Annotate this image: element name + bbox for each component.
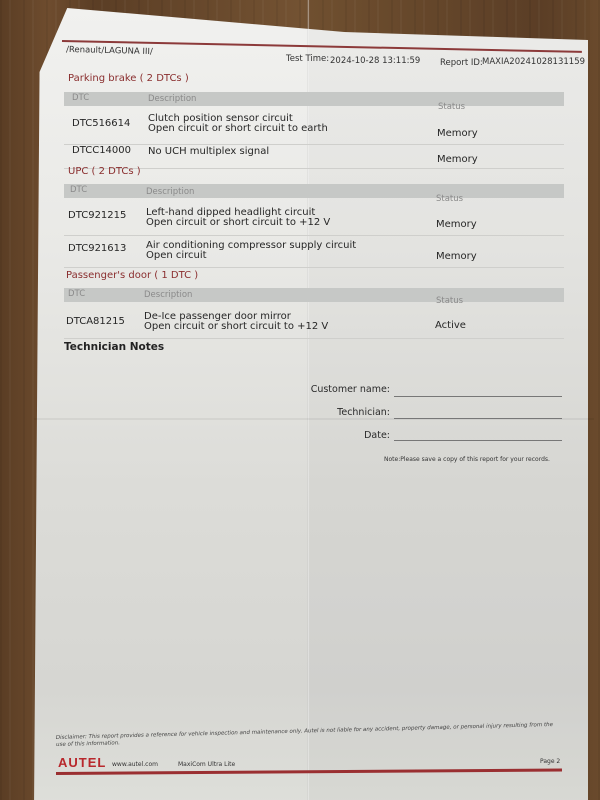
- dtc-code: DTC921215: [68, 210, 126, 221]
- report-id-label: Report ID:: [440, 58, 483, 68]
- section-title-parking-brake: Parking brake ( 2 DTCs ): [68, 73, 189, 84]
- section-title-passengers-door: Passenger's door ( 1 DTC ): [66, 270, 198, 281]
- dtc-status: Memory: [437, 154, 478, 165]
- disclaimer: Disclaimer: This report provides a refer…: [56, 722, 556, 749]
- dtc-status: Active: [435, 320, 466, 331]
- col-status: Status: [436, 194, 463, 204]
- page-number: Page 2: [540, 758, 560, 765]
- dtc-code: DTC921613: [68, 243, 126, 254]
- dtc-status: Memory: [437, 128, 478, 139]
- technician-label: Technician:: [280, 407, 390, 418]
- section-title-upc: UPC ( 2 DTCs ): [68, 166, 141, 177]
- autel-logo: AUTEL: [58, 755, 106, 770]
- dtc-description-detail: Open circuit: [146, 250, 207, 261]
- table-header: DTC Description Status: [64, 92, 564, 106]
- report-page: /Renault/LAGUNA III/ Test Time: 2024-10-…: [0, 0, 600, 800]
- dtc-code: DTCA81215: [66, 316, 125, 327]
- customer-name-label: Customer name:: [280, 384, 390, 395]
- dtc-description-detail: Open circuit or short circuit to +12 V: [146, 217, 330, 228]
- dtc-status: Memory: [436, 251, 477, 262]
- technician-notes-heading: Technician Notes: [64, 341, 164, 353]
- table-row: DTC921613 Air conditioning compressor su…: [64, 235, 564, 268]
- dtc-description: No UCH multiplex signal: [148, 146, 269, 157]
- table-row: DTCA81215 De-Ice passenger door mirror O…: [64, 308, 564, 339]
- test-time-value: 2024-10-28 13:11:59: [330, 56, 420, 66]
- test-time-label: Test Time:: [286, 54, 329, 64]
- vehicle-path: /Renault/LAGUNA III/: [66, 45, 153, 57]
- col-description: Description: [146, 187, 194, 197]
- footer-rule: [56, 768, 562, 774]
- customer-name-line: [394, 396, 562, 397]
- dtc-code: DTCC14000: [72, 145, 131, 156]
- table-header: DTC Description Status: [64, 184, 564, 198]
- date-label: Date:: [280, 430, 390, 441]
- col-description: Description: [148, 94, 196, 104]
- device-name: MaxiCom Ultra Lite: [178, 761, 235, 768]
- col-status: Status: [436, 296, 463, 306]
- col-dtc: DTC: [68, 289, 85, 299]
- save-copy-note: Note:Please save a copy of this report f…: [384, 456, 550, 463]
- report-id-value: MAXIA20241028131159: [482, 57, 585, 67]
- date-line: [394, 440, 562, 441]
- dtc-code: DTC516614: [72, 118, 130, 129]
- col-dtc: DTC: [72, 93, 89, 103]
- col-status: Status: [438, 102, 465, 112]
- dtc-status: Memory: [436, 219, 477, 230]
- technician-line: [394, 418, 562, 419]
- table-header: DTC Description Status: [64, 288, 564, 302]
- website-link: www.autel.com: [112, 761, 158, 768]
- col-description: Description: [144, 290, 192, 300]
- table-row: DTC921215 Left-hand dipped headlight cir…: [64, 205, 564, 236]
- col-dtc: DTC: [70, 185, 87, 195]
- dtc-description-detail: Open circuit or short circuit to earth: [148, 123, 328, 134]
- table-row: DTC516614 Clutch position sensor circuit…: [64, 112, 564, 145]
- dtc-description-detail: Open circuit or short circuit to +12 V: [144, 321, 328, 332]
